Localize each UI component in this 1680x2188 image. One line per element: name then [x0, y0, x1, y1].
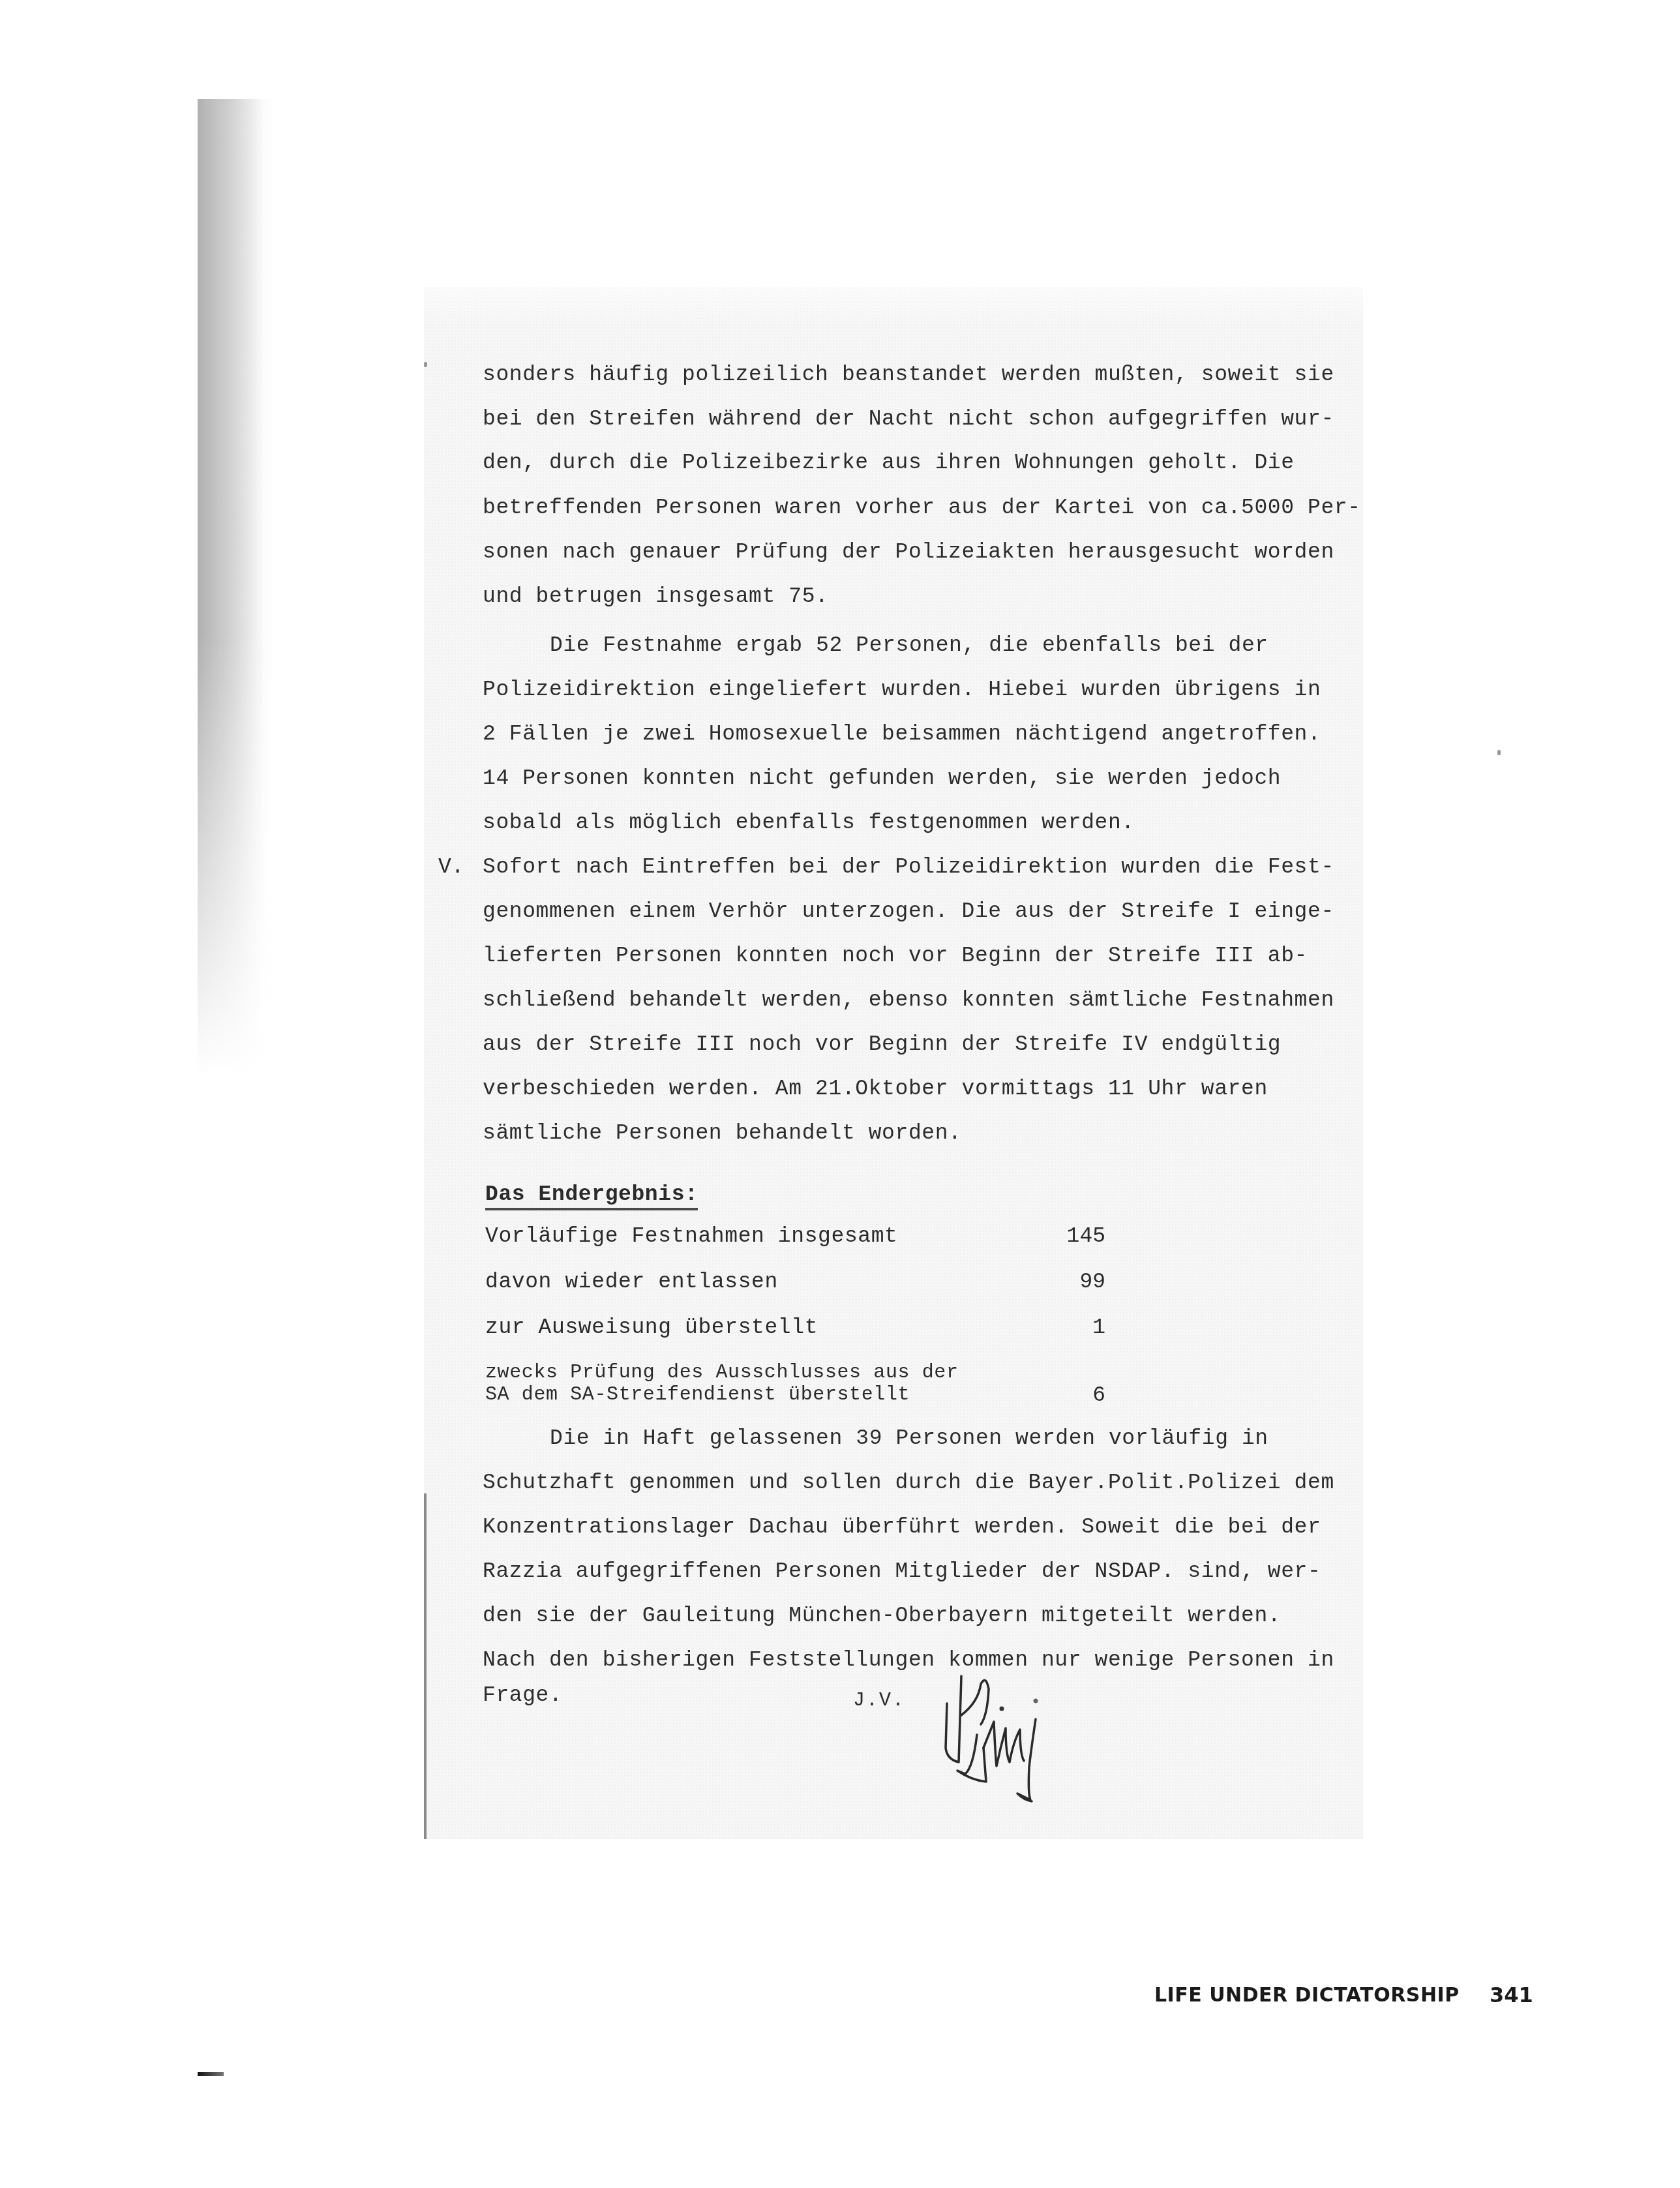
text-line: Die Festnahme ergab 52 Personen, die ebe… — [550, 633, 1268, 659]
scan-left-edge — [424, 1493, 427, 1839]
text-line: Konzentrationslager Dachau überführt wer… — [483, 1514, 1321, 1540]
text-line: Razzia aufgegriffenen Personen Mitgliede… — [483, 1559, 1321, 1585]
text-line: 2 Fällen je zwei Homosexuelle beisammen … — [483, 721, 1321, 747]
text-line: und betrugen insgesamt 75. — [483, 584, 828, 610]
text-line: Die in Haft gelassenen 39 Personen werde… — [550, 1426, 1268, 1452]
text-line: genommenen einem Verhör unterzogen. Die … — [483, 899, 1334, 925]
text-line: bei den Streifen während der Nacht nicht… — [483, 406, 1334, 432]
text-line: den sie der Gauleitung München-Oberbayer… — [483, 1603, 1281, 1629]
result-heading: Das Endergebnis: — [485, 1182, 698, 1210]
result-row-label: zwecks Prüfung des Ausschlusses aus der — [485, 1362, 959, 1384]
result-row-value: 6 — [1092, 1383, 1105, 1409]
scan-speck — [1497, 750, 1501, 755]
page-number: 341 — [1490, 1983, 1533, 2007]
result-row-label: zur Ausweisung überstellt — [485, 1315, 818, 1341]
result-row-label: Vorläufige Festnahmen insgesamt — [485, 1223, 898, 1250]
text-line: Sofort nach Eintreffen bei der Polizeidi… — [483, 854, 1334, 880]
text-line: den, durch die Polizeibezirke aus ihren … — [483, 450, 1295, 476]
result-row-label: davon wieder entlassen — [485, 1269, 778, 1295]
text-line: verbeschieden werden. Am 21.Oktober vorm… — [483, 1076, 1268, 1102]
text-line: Frage. — [483, 1683, 562, 1709]
text-line: lieferten Personen konnten noch vor Begi… — [483, 943, 1308, 969]
text-line: sonders häufig polizeilich beanstandet w… — [483, 362, 1334, 388]
result-row-value: 1 — [1092, 1315, 1105, 1341]
text-line: Schutzhaft genommen und sollen durch die… — [483, 1470, 1334, 1496]
scan-top-fade — [424, 287, 1363, 326]
text-line: sonen nach genauer Prüfung der Polizeiak… — [483, 539, 1334, 565]
result-row-value: 99 — [1079, 1269, 1105, 1295]
text-line: 14 Personen konnten nicht gefunden werde… — [483, 766, 1281, 792]
scan-speck — [424, 362, 427, 367]
signoff-jv: J.V. — [853, 1688, 905, 1714]
text-line: sämtliche Personen behandelt worden. — [483, 1120, 962, 1146]
book-gutter-shadow — [198, 99, 276, 1077]
section-numeral: V. — [438, 854, 464, 880]
result-row-value: 145 — [1067, 1223, 1105, 1250]
text-line: Polizeidirektion eingeliefert wurden. Hi… — [483, 677, 1321, 703]
text-line: aus der Streife III noch vor Beginn der … — [483, 1032, 1281, 1058]
text-line: Nach den bisherigen Feststellungen komme… — [483, 1647, 1334, 1673]
margin-dash-mark — [198, 2072, 224, 2076]
result-row-label: SA dem SA-Streifendienst überstellt — [485, 1384, 910, 1406]
text-line: betreffenden Personen waren vorher aus d… — [483, 495, 1361, 521]
text-line: schließend behandelt werden, ebenso konn… — [483, 987, 1334, 1013]
handwritten-signature-icon — [933, 1670, 1076, 1820]
running-title: LIFE UNDER DICTATORSHIP — [1154, 1984, 1460, 2007]
text-line: sobald als möglich ebenfalls festgenomme… — [483, 810, 1135, 836]
